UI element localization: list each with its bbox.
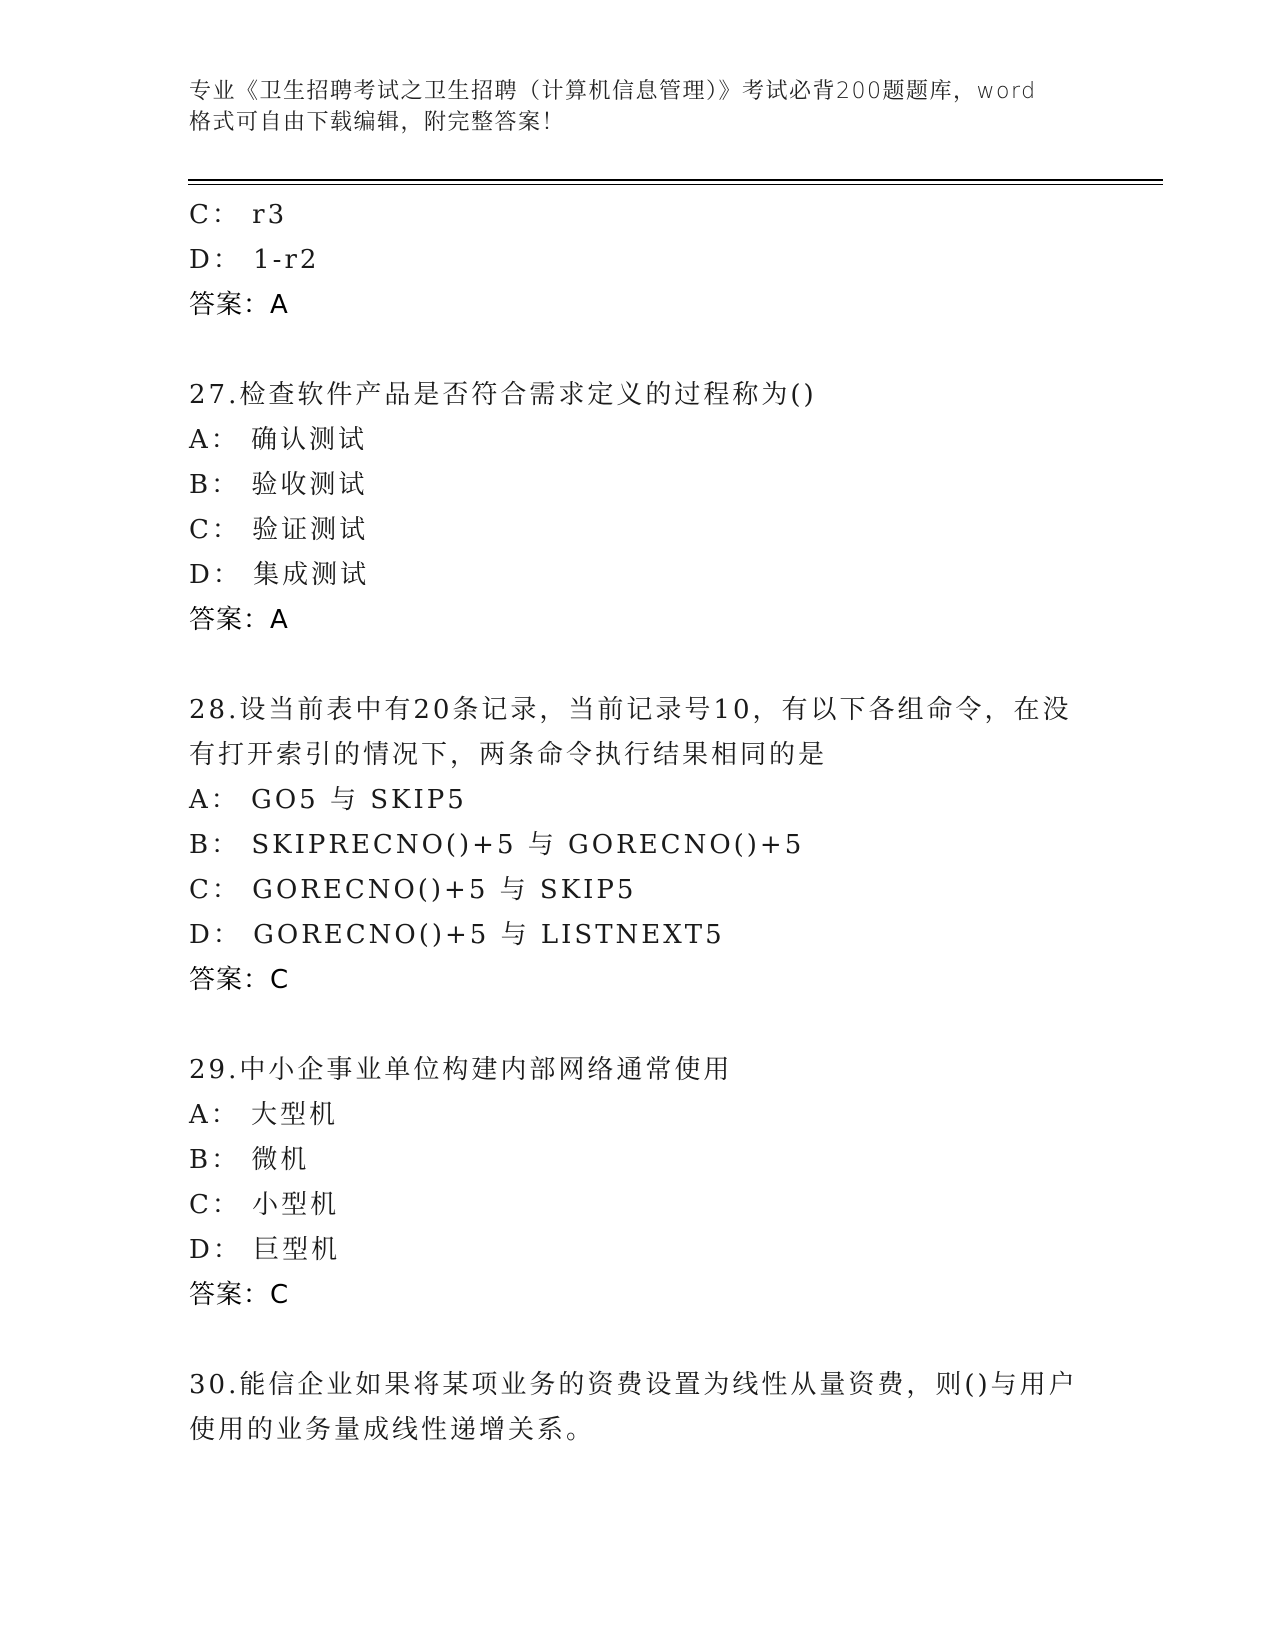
option-a: A： 大型机 <box>189 1093 1089 1138</box>
answer-line: 答案：A <box>189 283 1089 328</box>
question-stem-line-2: 使用的业务量成线性递增关系。 <box>189 1408 1089 1453</box>
option-d: D： 1-r2 <box>189 238 1089 283</box>
question-stem-line-1: 28.设当前表中有20条记录，当前记录号10，有以下各组命令，在没 <box>189 688 1089 733</box>
question-list: C： r3 D： 1-r2 答案：A 27.检查软件产品是否符合需求定义的过程称… <box>189 193 1089 1453</box>
option-d: D： 巨型机 <box>189 1228 1089 1273</box>
option-d: D： GORECNO()+5 与 LISTNEXT5 <box>189 913 1089 958</box>
option-c: C： r3 <box>189 193 1089 238</box>
option-label: D： <box>189 560 242 590</box>
option-c: C： 验证测试 <box>189 508 1089 553</box>
option-b: B： SKIPRECNO()+5 与 GORECNO()+5 <box>189 823 1089 868</box>
option-a: A： GO5 与 SKIP5 <box>189 778 1089 823</box>
option-text: 确认测试 <box>251 425 367 455</box>
option-b: B： 微机 <box>189 1138 1089 1183</box>
option-label: C： <box>189 875 241 905</box>
option-d: D： 集成测试 <box>189 553 1089 598</box>
answer-line: 答案：A <box>189 598 1089 643</box>
header-rule-thick <box>188 179 1163 181</box>
question-29: 29.中小企事业单位构建内部网络通常使用 A： 大型机 B： 微机 C： 小型机… <box>189 1048 1089 1318</box>
question-26-continued: C： r3 D： 1-r2 答案：A <box>189 193 1089 328</box>
option-text: 集成测试 <box>253 560 369 590</box>
question-stem: 27.检查软件产品是否符合需求定义的过程称为() <box>189 373 1089 418</box>
option-label: A： <box>189 785 240 815</box>
option-text: 巨型机 <box>253 1235 340 1265</box>
question-28: 28.设当前表中有20条记录，当前记录号10，有以下各组命令，在没 有打开索引的… <box>189 688 1089 1003</box>
option-text: GO5 与 SKIP5 <box>251 785 467 815</box>
option-text: 验收测试 <box>251 470 367 500</box>
option-label: B： <box>189 830 240 860</box>
option-text: r3 <box>252 200 287 230</box>
option-a: A： 确认测试 <box>189 418 1089 463</box>
option-text: 微机 <box>251 1145 309 1175</box>
document-header: 专业《卫生招聘考试之卫生招聘（计算机信息管理）》考试必背200题题库，word … <box>189 76 1089 138</box>
option-label: B： <box>189 1145 240 1175</box>
option-label: C： <box>189 515 241 545</box>
option-label: D： <box>189 245 242 275</box>
option-b: B： 验收测试 <box>189 463 1089 508</box>
spacer <box>189 1318 1089 1363</box>
option-text: GORECNO()+5 与 SKIP5 <box>252 875 636 905</box>
option-text: 验证测试 <box>252 515 368 545</box>
header-title-line-2: 格式可自由下载编辑，附完整答案！ <box>189 107 1089 138</box>
header-rule-thin <box>188 184 1163 185</box>
option-label: A： <box>189 425 240 455</box>
option-c: C： 小型机 <box>189 1183 1089 1228</box>
option-text: GORECNO()+5 与 LISTNEXT5 <box>253 920 725 950</box>
option-label: B： <box>189 470 240 500</box>
question-27: 27.检查软件产品是否符合需求定义的过程称为() A： 确认测试 B： 验收测试… <box>189 373 1089 643</box>
spacer <box>189 643 1089 688</box>
option-label: C： <box>189 1190 241 1220</box>
answer-line: 答案：C <box>189 1273 1089 1318</box>
option-label: C： <box>189 200 241 230</box>
header-title-line-1: 专业《卫生招聘考试之卫生招聘（计算机信息管理）》考试必背200题题库，word <box>189 76 1089 107</box>
spacer <box>189 1003 1089 1048</box>
option-label: D： <box>189 1235 242 1265</box>
option-text: 1-r2 <box>253 245 319 275</box>
option-c: C： GORECNO()+5 与 SKIP5 <box>189 868 1089 913</box>
spacer <box>189 328 1089 373</box>
question-stem-line-1: 30.能信企业如果将某项业务的资费设置为线性从量资费，则()与用户 <box>189 1363 1089 1408</box>
option-text: 大型机 <box>251 1100 338 1130</box>
option-text: 小型机 <box>252 1190 339 1220</box>
question-30: 30.能信企业如果将某项业务的资费设置为线性从量资费，则()与用户 使用的业务量… <box>189 1363 1089 1453</box>
question-stem-line-2: 有打开索引的情况下，两条命令执行结果相同的是 <box>189 733 1089 778</box>
option-label: A： <box>189 1100 240 1130</box>
option-text: SKIPRECNO()+5 与 GORECNO()+5 <box>251 830 804 860</box>
option-label: D： <box>189 920 242 950</box>
question-stem: 29.中小企事业单位构建内部网络通常使用 <box>189 1048 1089 1093</box>
answer-line: 答案：C <box>189 958 1089 1003</box>
document-page: 专业《卫生招聘考试之卫生招聘（计算机信息管理）》考试必背200题题库，word … <box>0 0 1275 1650</box>
